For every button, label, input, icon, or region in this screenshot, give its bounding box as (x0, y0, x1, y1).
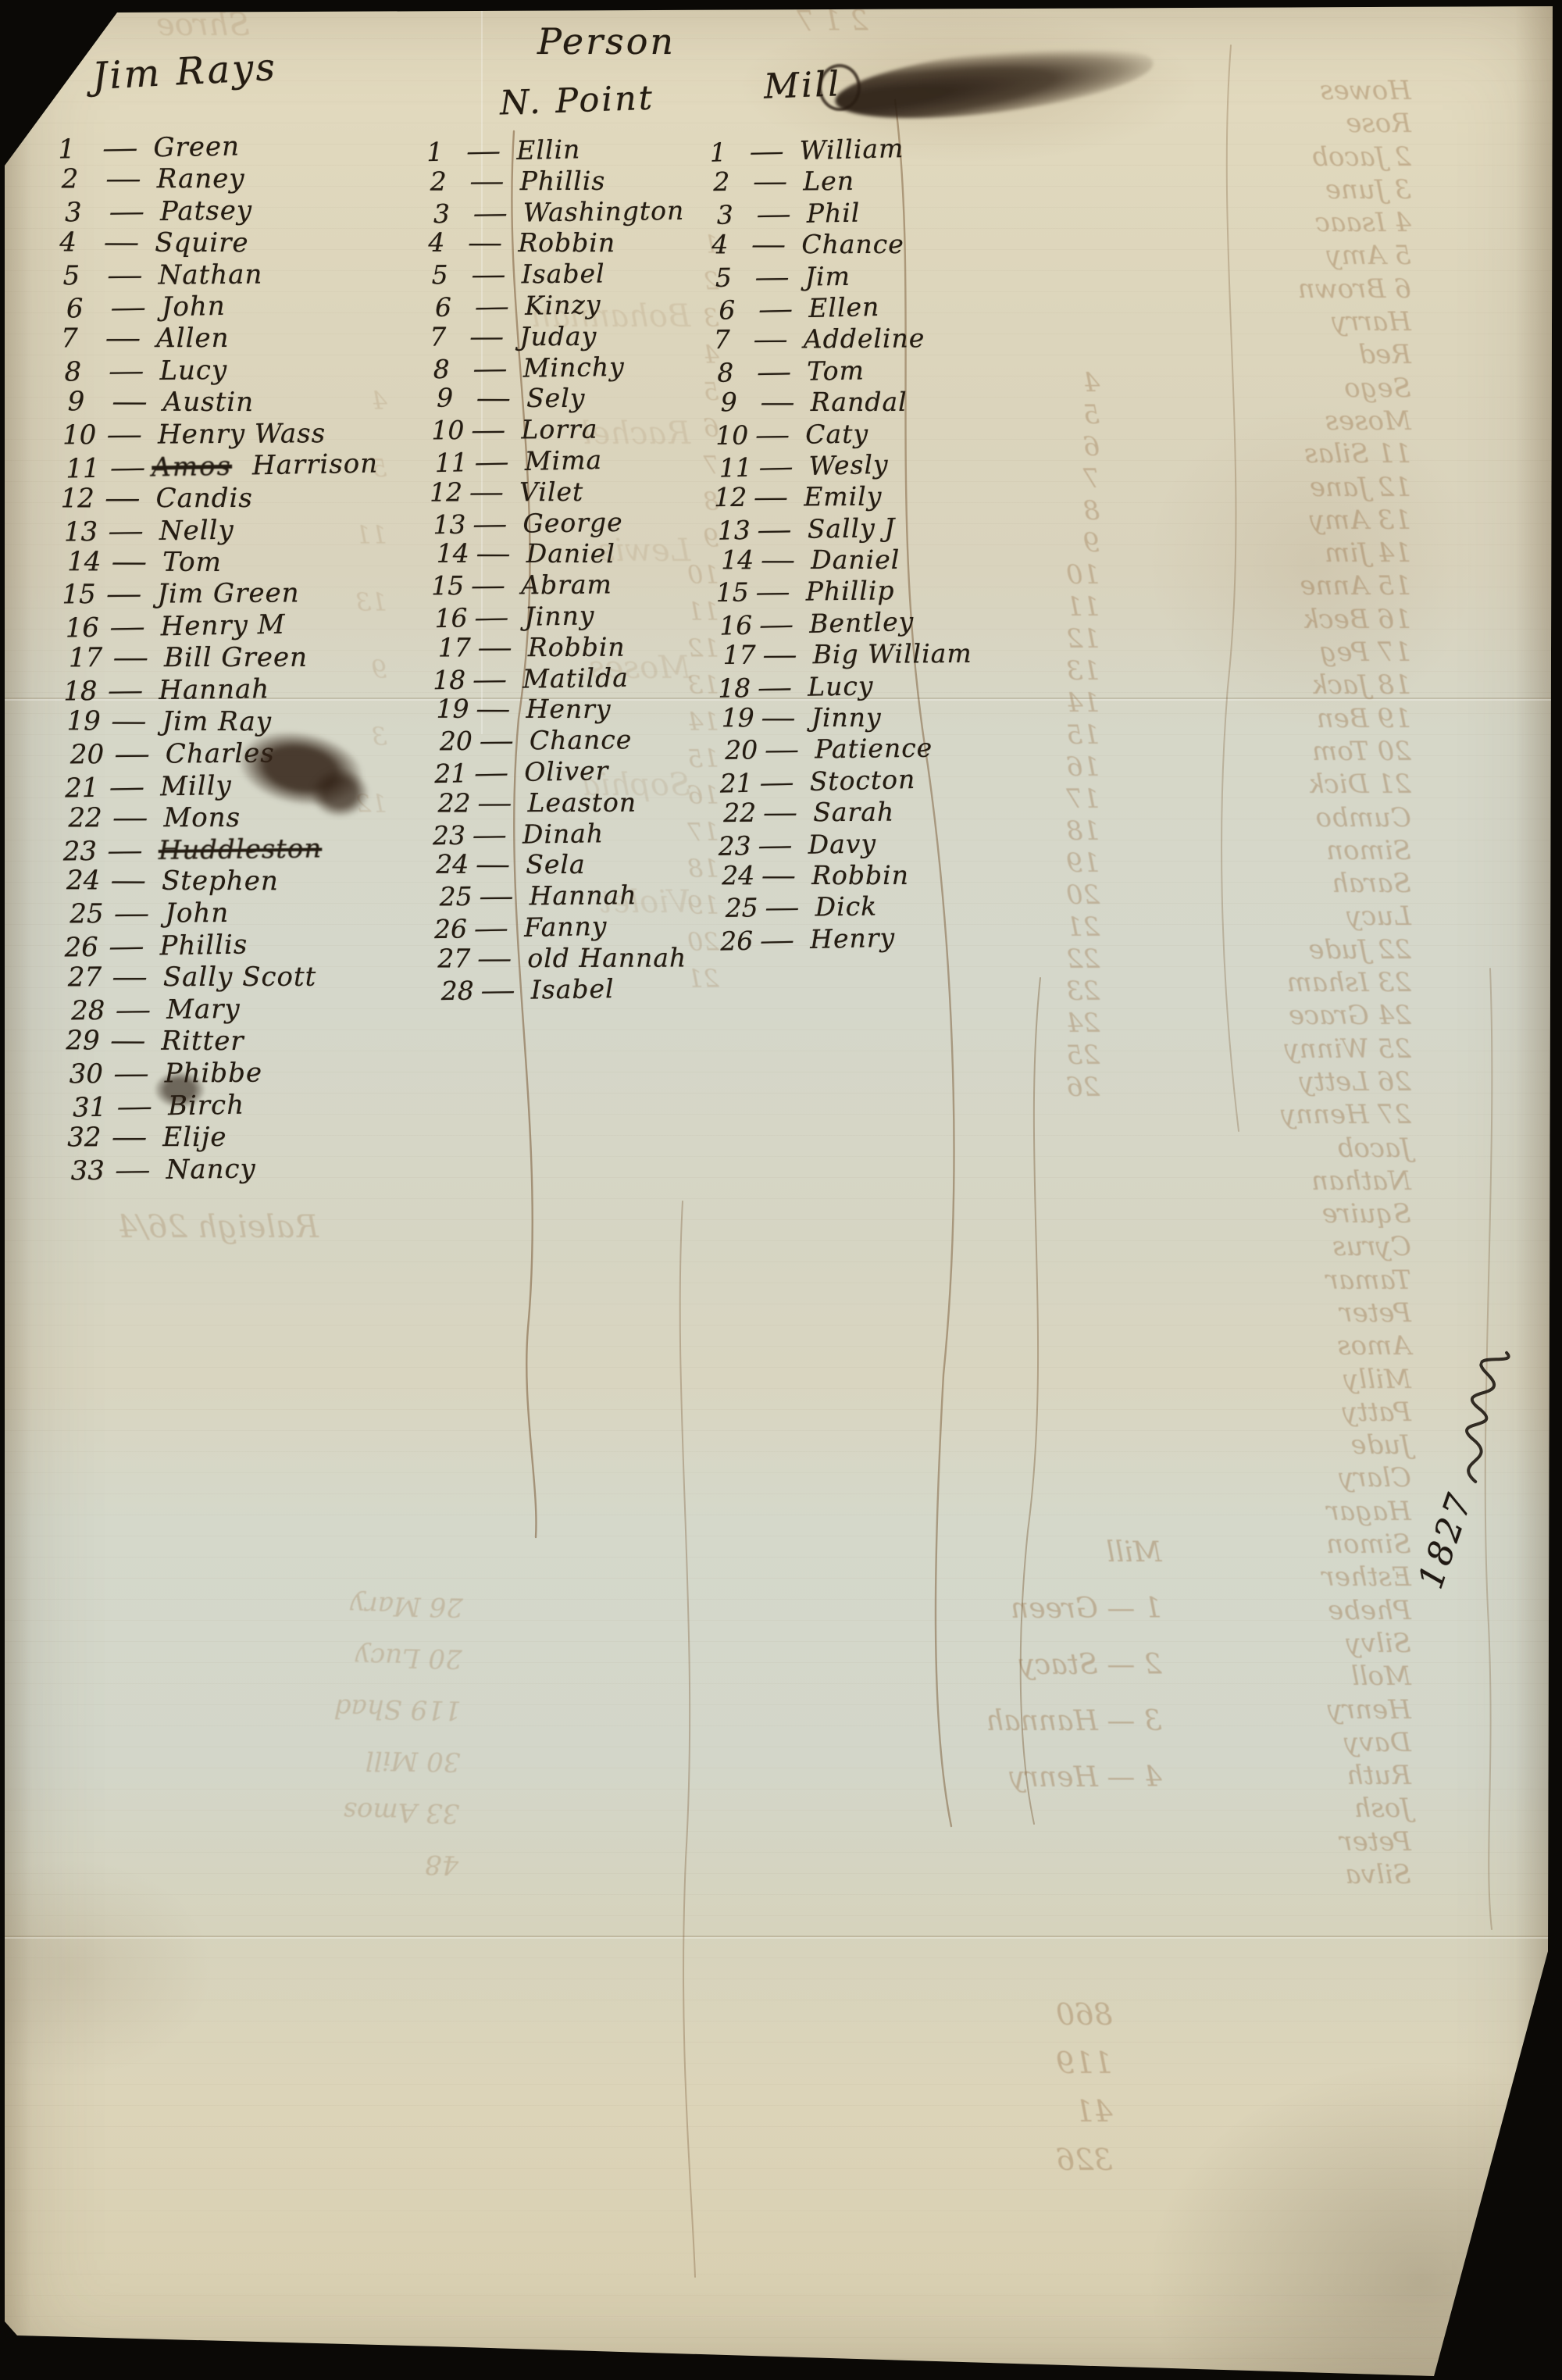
page-title: Person (537, 20, 676, 62)
entry-name: Dick (805, 891, 877, 922)
roster-entry: 7 — Allen (61, 323, 373, 355)
roster-entry: 16 — Bentley (719, 605, 969, 642)
entry-name: Hannah (519, 880, 637, 911)
roster-entry: 19 — Jinny (722, 702, 971, 734)
roster-entry: 6 — John (66, 288, 379, 326)
entry-dash: — (469, 570, 519, 601)
entry-name: Sally Scott (154, 962, 317, 993)
entry-name: Charles (156, 737, 275, 769)
roster-entry: 4 — Chance (711, 229, 961, 261)
entry-dash: — (762, 734, 812, 765)
ink-smear (832, 32, 1157, 131)
entry-name: Candis (147, 483, 253, 514)
roster-entry: 5 — Isabel (432, 258, 683, 291)
column-heading-n-point: N. Point (499, 79, 655, 123)
entry-name: Len (793, 166, 854, 197)
entry-name: Hannah (149, 673, 269, 706)
entry-dash: — (751, 324, 801, 355)
entry-dash: — (755, 672, 805, 703)
entry-dash: — (472, 291, 522, 322)
roster-entry: 15 — Phillip (716, 575, 965, 609)
entry-dash: — (108, 1025, 159, 1056)
entry-dash: — (469, 259, 519, 291)
entry-name: Jim (796, 260, 851, 291)
entry-dash: — (113, 994, 164, 1026)
roster-entry: 18 — Matilda (433, 661, 684, 695)
entry-dash: — (471, 197, 521, 228)
bleedthrough-block: Shroe (156, 5, 250, 45)
docket-flourish-icon (1442, 1341, 1535, 1490)
entry-dash: — (102, 227, 152, 258)
entry-name: Daniel (517, 538, 615, 569)
entry-name: Phil (797, 197, 860, 228)
entry-dash: — (109, 865, 159, 897)
roster-entry: 28 — Isabel (440, 972, 692, 1006)
entry-name: Nathan (148, 259, 262, 291)
entry-dash: — (760, 640, 810, 670)
roster-entry: 32 — Elije (67, 1121, 380, 1154)
entry-dash: — (758, 387, 808, 417)
roster-entry: 5 — Jim (715, 259, 965, 294)
entry-dash: — (477, 726, 527, 757)
entry-name: Henry (517, 694, 612, 724)
entry-dash: — (747, 135, 797, 166)
docket-year: 1827 (1410, 1486, 1481, 1594)
entry-name: Big William (804, 638, 972, 670)
entry-dash: — (109, 962, 160, 993)
entry-name: Raney (148, 163, 245, 194)
roster-entry: 5 — Nathan (62, 258, 375, 292)
entry-dash: — (103, 323, 154, 355)
entry-dash: — (111, 1058, 162, 1089)
roster-entry: 17 — Bill Green (69, 642, 381, 675)
roster-entry: 22 — Mons (68, 801, 380, 834)
roster-entry: 17 — Robbin (438, 631, 689, 663)
roster-entry: 24 — Stephen (66, 865, 379, 898)
roster-entry: 8 — Lucy (64, 353, 376, 389)
entry-dash: — (472, 446, 522, 477)
entry-name: Tom (797, 355, 865, 386)
entry-name: Squire (145, 227, 248, 258)
roster-entry: 27 — Sally Scott (68, 962, 380, 994)
entry-dash: — (757, 766, 807, 797)
roster-entry: 1 — Green (58, 129, 370, 166)
entry-dash: — (476, 632, 526, 662)
entry-name: Lucy (150, 355, 227, 387)
entry-name: Jinny (802, 702, 882, 733)
entry-name: Mary (157, 994, 241, 1026)
entry-name: Wesly (799, 449, 889, 482)
entry-dash: — (471, 912, 521, 944)
entry-name: Robbin (508, 227, 615, 258)
scanned-manuscript-page: { "page_colors": {"ink": "#241c12", "ble… (0, 0, 1562, 2380)
entry-name: Harrison (243, 448, 379, 481)
roster-entry: 17 — Big William (723, 638, 972, 672)
roster-entry: 21 — Oliver (434, 754, 686, 790)
entry-dash: — (107, 612, 158, 644)
roster-entry: 1 — William (709, 131, 959, 169)
roster-entry: 15 — Abram (431, 569, 683, 602)
roster-entry: 3 — Phil (716, 195, 966, 231)
entry-dash: — (106, 355, 157, 387)
entry-dash: — (756, 293, 806, 324)
entry-name: Phillis (150, 930, 248, 962)
roster-entry: 25 — Hannah (439, 880, 690, 913)
entry-dash: — (752, 261, 802, 292)
entry-name: Minchy (513, 351, 625, 383)
entry-dash: — (470, 352, 520, 384)
entry-dash: — (105, 259, 155, 291)
roster-entry: 20 — Chance (440, 724, 691, 758)
roster-entry: 26 — Henry (720, 920, 970, 958)
entry-dash: — (756, 451, 806, 482)
roster-entry: 21 — Stocton (719, 762, 969, 800)
entry-name: William (790, 133, 904, 166)
entry-name: Bill Green (155, 642, 308, 673)
entry-dash: — (106, 196, 157, 228)
entry-name: Henry (801, 922, 896, 954)
roster-entry: 20 — Patience (725, 732, 974, 766)
entry-dash: — (103, 163, 154, 194)
entry-name: Robbin (802, 860, 909, 890)
entry-name: John (155, 897, 229, 930)
roster-entry: 10 — Caty (715, 417, 965, 451)
entry-dash: — (108, 292, 159, 324)
entry-dash: — (102, 483, 153, 514)
entry-dash: — (473, 694, 523, 724)
entry-dash: — (469, 819, 519, 850)
roster-entry: 16 — Henry M (65, 608, 377, 645)
roster-entry: 30 — Phibbe (70, 1056, 382, 1090)
roster-entry: 25 — Dick (725, 890, 974, 924)
entry-name: Sely (517, 383, 585, 413)
roster-entry: 11 — Mima (434, 443, 686, 479)
roster-entry: 24 — Robbin (722, 860, 971, 892)
entry-name: Patience (805, 733, 933, 765)
entry-name: Sally J (797, 512, 895, 544)
entry-name: Abram (512, 569, 612, 601)
entry-name: Jinny (515, 600, 595, 632)
entry-name: Dinah (513, 818, 604, 850)
entry-name: Nelly (150, 514, 234, 546)
roster-entry: 12 — Candis (61, 482, 373, 515)
roster-entry: 8 — Minchy (433, 350, 684, 384)
entry-name: Matilda (513, 662, 629, 694)
roster-entry: 4 — Robbin (428, 227, 679, 259)
entry-name: John (152, 291, 226, 323)
roster-entry: 14 — Daniel (437, 538, 687, 569)
entry-dash: — (112, 1154, 163, 1186)
entry-dash: — (469, 415, 519, 446)
entry-name: Allen (147, 323, 229, 354)
entry-name: Huddleston (148, 833, 322, 866)
entry-name: Washington (514, 194, 685, 227)
entry-dash: — (109, 546, 160, 577)
entry-name: Vilet (510, 476, 583, 507)
roster-entry: 11 — Wesly (719, 447, 968, 484)
bleedthrough-block: 86011941326 (1056, 1990, 1113, 2184)
roster-entry: 26 — Phillis (64, 927, 376, 965)
roster-entry: 1 — Ellin (426, 132, 678, 168)
roster-entry: 2 — Phillis (430, 165, 681, 197)
entry-dash: — (749, 229, 799, 259)
roster-entry: 25 — John (70, 897, 382, 931)
entry-name: Nancy (156, 1153, 256, 1186)
bleedthrough-block: HowesRose2 Jacob3 June4 Isaac5 Amy6 Brow… (1281, 74, 1411, 1891)
entry-name: Daniel (801, 544, 900, 575)
entry-dash: — (110, 802, 161, 833)
roster-entry: 24 — Sela (436, 849, 686, 880)
roster-entry: 19 — Jim Ray (67, 705, 380, 738)
entry-dash: — (758, 544, 808, 575)
roster-entry: 9 — Sely (437, 383, 687, 414)
entry-dash: — (754, 356, 804, 387)
entry-dash: — (467, 476, 517, 507)
entry-name: Henry Wass (148, 418, 326, 451)
entry-name: Randal (801, 387, 908, 417)
entry-name: Ellen (799, 291, 880, 323)
roster-entry: 23 — Huddleston (62, 832, 375, 868)
entry-dash: — (472, 757, 522, 788)
roster-entry: 31 — Birch (73, 1087, 385, 1124)
roster-entry: 7 — Juday (430, 320, 680, 352)
bleedthrough-block: 4567891011121314151617181920212223242526 (1066, 367, 1100, 1104)
entry-name: Stocton (800, 764, 915, 797)
entry-dash: — (109, 387, 160, 418)
entry-dash: — (753, 419, 803, 450)
roster-entry: 3 — Washington (433, 194, 685, 229)
entry-name: Juday (510, 321, 597, 351)
roster-entry: 26 — Fanny (434, 909, 686, 945)
entry-name: Sarah (804, 797, 894, 828)
roster-entry: 27 — old Hannah (437, 942, 688, 974)
entry-dash: — (759, 860, 809, 890)
column-heading-jim-rays: Jim Rays (91, 45, 279, 98)
entry-name: Emily (794, 481, 882, 512)
entry-dash: — (475, 787, 525, 818)
entry-dash: — (104, 579, 155, 610)
roster-entry: 13 — Nelly (64, 512, 376, 548)
entry-name: Isabel (521, 973, 614, 1005)
entry-name: Phibbe (155, 1057, 263, 1089)
roster-entry: 14 — Daniel (721, 544, 970, 576)
entry-dash: — (106, 771, 157, 803)
entry-name: Elije (153, 1122, 226, 1153)
entry-dash: — (474, 538, 524, 569)
roster-entry: 16 — Jinny (434, 598, 686, 634)
entry-name: Isabel (512, 259, 605, 290)
entry-name: old Hannah (518, 942, 686, 973)
bleedthrough-block: 4833 Amos30 Mill119 Shad20 Lucy26 Mary (52, 1574, 464, 1890)
entry-name: Chance (792, 229, 904, 259)
roster-entry: 2 — Len (713, 165, 962, 198)
entry-name: Jim Ray (153, 706, 273, 738)
roster-entry: 14 — Tom (67, 546, 380, 579)
entry-name: Green (144, 130, 240, 163)
paper-sheet: HowesRose2 Jacob3 June4 Isaac5 Amy6 Brow… (0, 0, 1562, 2380)
roster-entry: 18 — Lucy (718, 669, 968, 705)
entry-name: Patsey (151, 194, 253, 227)
entry-name: Henry M (151, 609, 285, 643)
entry-name: Kinzy (515, 289, 601, 321)
roster-entry: 10 — Henry Wass (62, 418, 375, 452)
entry-dash: — (476, 881, 526, 912)
fold-crease-horizontal (0, 1936, 1562, 1937)
roster-entry: 6 — Kinzy (435, 287, 686, 323)
roster-entry: 10 — Lorra (431, 413, 683, 447)
entry-name: Lorra (512, 414, 597, 445)
entry-name: Mons (154, 802, 241, 833)
entry-dash: — (105, 516, 156, 548)
roster-entry: 3 — Patsey (65, 193, 377, 229)
roster-entry: 23 — Dinah (433, 816, 684, 851)
entry-dash: — (762, 892, 812, 923)
entry-name: Austin (154, 387, 254, 418)
roster-entry: 28 — Mary (71, 992, 383, 1028)
entry-name: Robbin (519, 631, 626, 662)
roster-entry: 18 — Hannah (63, 673, 376, 708)
entry-dash: — (109, 706, 159, 737)
entry-dash: — (109, 1122, 160, 1153)
entry-name: Lucy (798, 670, 874, 702)
roster-entry: 12 — Emily (714, 480, 963, 514)
entry-dash: — (470, 663, 520, 694)
roster-entry: 19 — Henry (437, 694, 687, 725)
entry-name: Davy (798, 828, 876, 860)
entry-dash: — (754, 198, 804, 230)
entry-dash: — (475, 943, 525, 973)
entry-dash: — (470, 508, 520, 539)
entry-name: Bentley (800, 606, 915, 639)
entry-name: Oliver (515, 755, 609, 787)
roster-entry: 13 — George (433, 505, 684, 540)
roster-entry: 23 — Davy (718, 826, 968, 862)
roster-entry: 22 — Sarah (723, 796, 972, 830)
docket-1827: 1827 (1406, 1341, 1535, 1595)
roster-entry: 8 — Tom (717, 353, 967, 389)
entry-name: Phillis (511, 166, 606, 196)
entry-name: Ellin (507, 134, 581, 166)
entry-dash: — (467, 321, 517, 351)
entry-dash: — (757, 608, 807, 640)
entry-dash: — (467, 166, 517, 196)
entry-dash: — (751, 482, 801, 512)
entry-dash: — (758, 702, 808, 733)
roster-entry: 9 — Austin (68, 386, 380, 419)
entry-name: George (513, 506, 623, 538)
entry-name: Sela (516, 849, 585, 880)
entry-name: Birch (159, 1089, 245, 1122)
list-column-jim-rays: 1 — Green 2 — Raney 3 — Patsey 4 — Squir… (62, 130, 381, 1186)
entry-dash: — (114, 1090, 165, 1122)
entry-name: Phillip (796, 576, 894, 608)
roster-entry: 21 — Milly (65, 767, 377, 805)
entry-dash: — (478, 974, 528, 1005)
entry-dash: — (104, 419, 155, 451)
roster-entry: 9 — Randal (721, 387, 970, 419)
entry-dash: — (753, 576, 803, 608)
entry-dash: — (751, 166, 801, 197)
entry-name: Addeline (794, 323, 925, 355)
roster-entry: 2 — Raney (62, 163, 374, 196)
entry-name: Caty (796, 418, 868, 449)
entry-dash: — (100, 132, 151, 164)
entry-dash: — (111, 642, 162, 673)
entry-name: Milly (151, 770, 232, 803)
entry-dash: — (112, 898, 162, 930)
roster-entry: 33 — Nancy (70, 1151, 383, 1187)
entry-dash: — (106, 931, 157, 963)
roster-entry: 12 — Vilet (430, 476, 680, 508)
roster-entry: 11 — Amos Harrison (66, 448, 378, 485)
bleedthrough-block: Mill1 — Green2 — Stacy3 — Hannah4 — Henr… (986, 1525, 1162, 1806)
entry-name: Chance (520, 724, 633, 755)
entry-dash: — (758, 924, 808, 955)
entry-name: Leaston (519, 787, 637, 818)
roster-entry: 6 — Ellen (719, 289, 968, 326)
roster-entry: 22 — Leaston (438, 787, 689, 819)
entry-name: Fanny (515, 911, 608, 943)
entry-dash: — (761, 797, 811, 827)
entry-struck-prefix: Amos (152, 451, 232, 483)
entry-name: Stephen (152, 865, 279, 897)
entry-dash: — (473, 849, 523, 880)
entry-dash: — (112, 738, 162, 769)
entry-dash: — (754, 514, 804, 545)
entry-dash: — (474, 383, 524, 413)
list-column-mill: 1 — William 2 — Len 3 — Phil 4 — Chance (714, 133, 973, 956)
roster-entry: 7 — Addeline (714, 323, 963, 356)
roster-entry: 13 — Sally J (717, 511, 967, 547)
entry-dash: — (464, 135, 514, 166)
list-column-n-point: 1 — Ellin 2 — Phillis 3 — Washington 4 —… (430, 134, 689, 1006)
entry-name: Jim Green (148, 578, 299, 610)
roster-entry: 4 — Squire (59, 227, 372, 259)
bleedthrough-block: 2 1 7 (797, 5, 868, 39)
entry-name: Ritter (152, 1026, 244, 1057)
entry-dash: — (105, 675, 156, 707)
roster-entry: 29 — Ritter (66, 1025, 378, 1058)
roster-entry: 15 — Jim Green (62, 577, 374, 612)
roster-entry: 20 — Charles (70, 737, 383, 771)
entry-dash: — (472, 601, 522, 633)
bleedthrough-block: Raleigh 26/4 (117, 1209, 319, 1245)
column-heading-mill: Mill (763, 64, 842, 106)
entry-name: Tom (153, 546, 222, 577)
entry-dash: — (465, 227, 515, 258)
entry-dash: — (755, 829, 805, 860)
entry-name: Mima (515, 444, 602, 476)
